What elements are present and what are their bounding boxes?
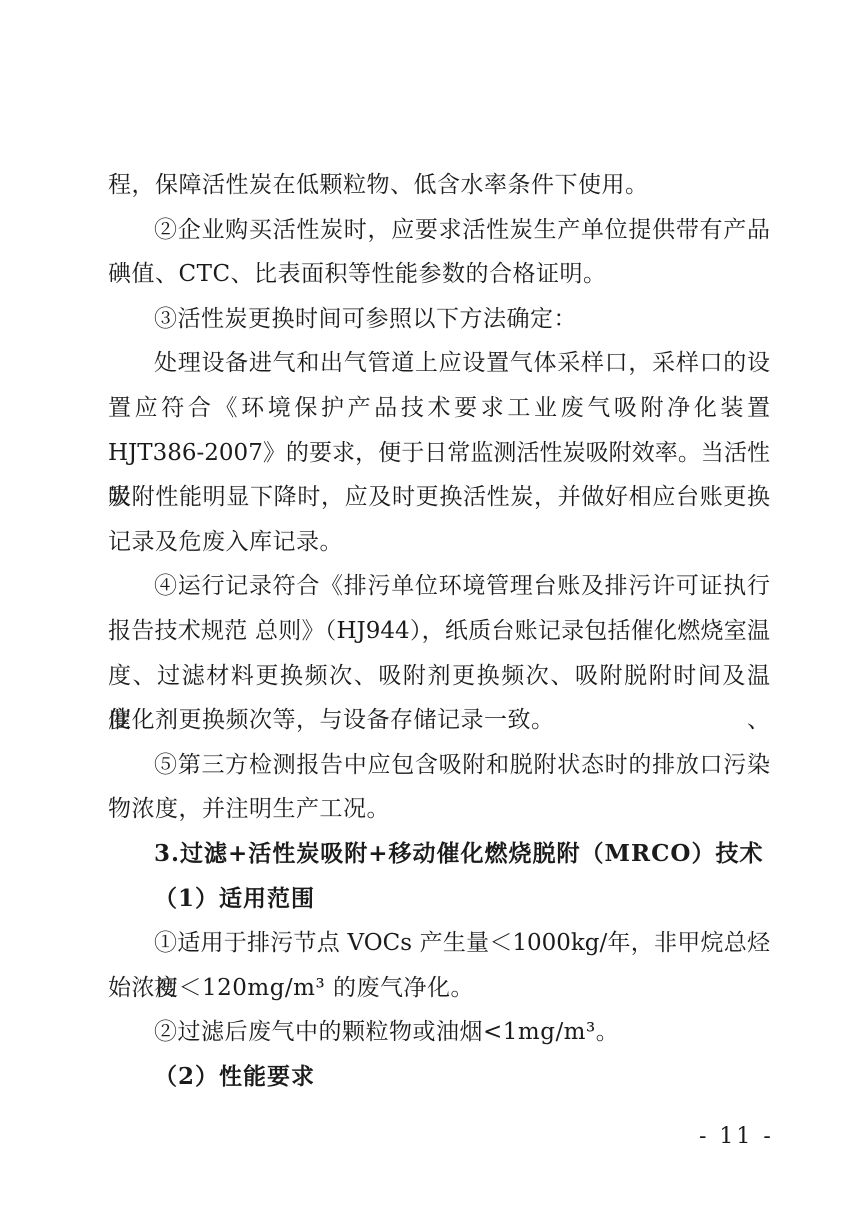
text-line: ②企业购买活性炭时，应要求活性炭生产单位提供带有产品 — [108, 208, 770, 253]
text-line: 始浓度＜120mg/m³ 的废气净化。 — [108, 966, 770, 1011]
text-line: 碘值、CTC、比表面积等性能参数的合格证明。 — [108, 252, 770, 297]
text-line: 吸附性能明显下降时，应及时更换活性炭，并做好相应台账更换 — [108, 475, 770, 520]
text-line: 处理设备进气和出气管道上应设置气体采样口，采样口的设 — [108, 341, 770, 386]
document-page: 程，保障活性炭在低颗粒物、低含水率条件下使用。②企业购买活性炭时，应要求活性炭生… — [0, 0, 860, 1215]
text-line: 报告技术规范 总则》（HJ944），纸质台账记录包括催化燃烧室温 — [108, 609, 770, 654]
text-line: ①适用于排污节点 VOCs 产生量＜1000kg/年，非甲烷总烃初 — [108, 921, 770, 966]
body-text: 程，保障活性炭在低颗粒物、低含水率条件下使用。②企业购买活性炭时，应要求活性炭生… — [108, 163, 770, 1099]
text-line: 置应符合《环境保护产品技术要求工业废气吸附净化装置 — [108, 386, 770, 431]
text-line: （2）性能要求 — [108, 1055, 770, 1100]
text-line: ③活性炭更换时间可参照以下方法确定： — [108, 297, 770, 342]
text-line: 记录及危废入库记录。 — [108, 520, 770, 565]
text-line: ④运行记录符合《排污单位环境管理台账及排污许可证执行 — [108, 564, 770, 609]
page-number: - 11 - — [699, 1124, 774, 1149]
text-line: 程，保障活性炭在低颗粒物、低含水率条件下使用。 — [108, 163, 770, 208]
text-line: 物浓度，并注明生产工况。 — [108, 787, 770, 832]
text-line: 3.过滤+活性炭吸附+移动催化燃烧脱附（MRCO）技术 — [108, 832, 770, 877]
text-line: 度、过滤材料更换频次、吸附剂更换频次、吸附脱附时间及温度、 — [108, 654, 770, 699]
text-line: ②过滤后废气中的颗粒物或油烟<1mg/m³。 — [108, 1010, 770, 1055]
text-line: HJT386-2007》的要求，便于日常监测活性炭吸附效率。当活性炭 — [108, 431, 770, 476]
text-line: ⑤第三方检测报告中应包含吸附和脱附状态时的排放口污染 — [108, 743, 770, 788]
text-line: （1）适用范围 — [108, 877, 770, 922]
